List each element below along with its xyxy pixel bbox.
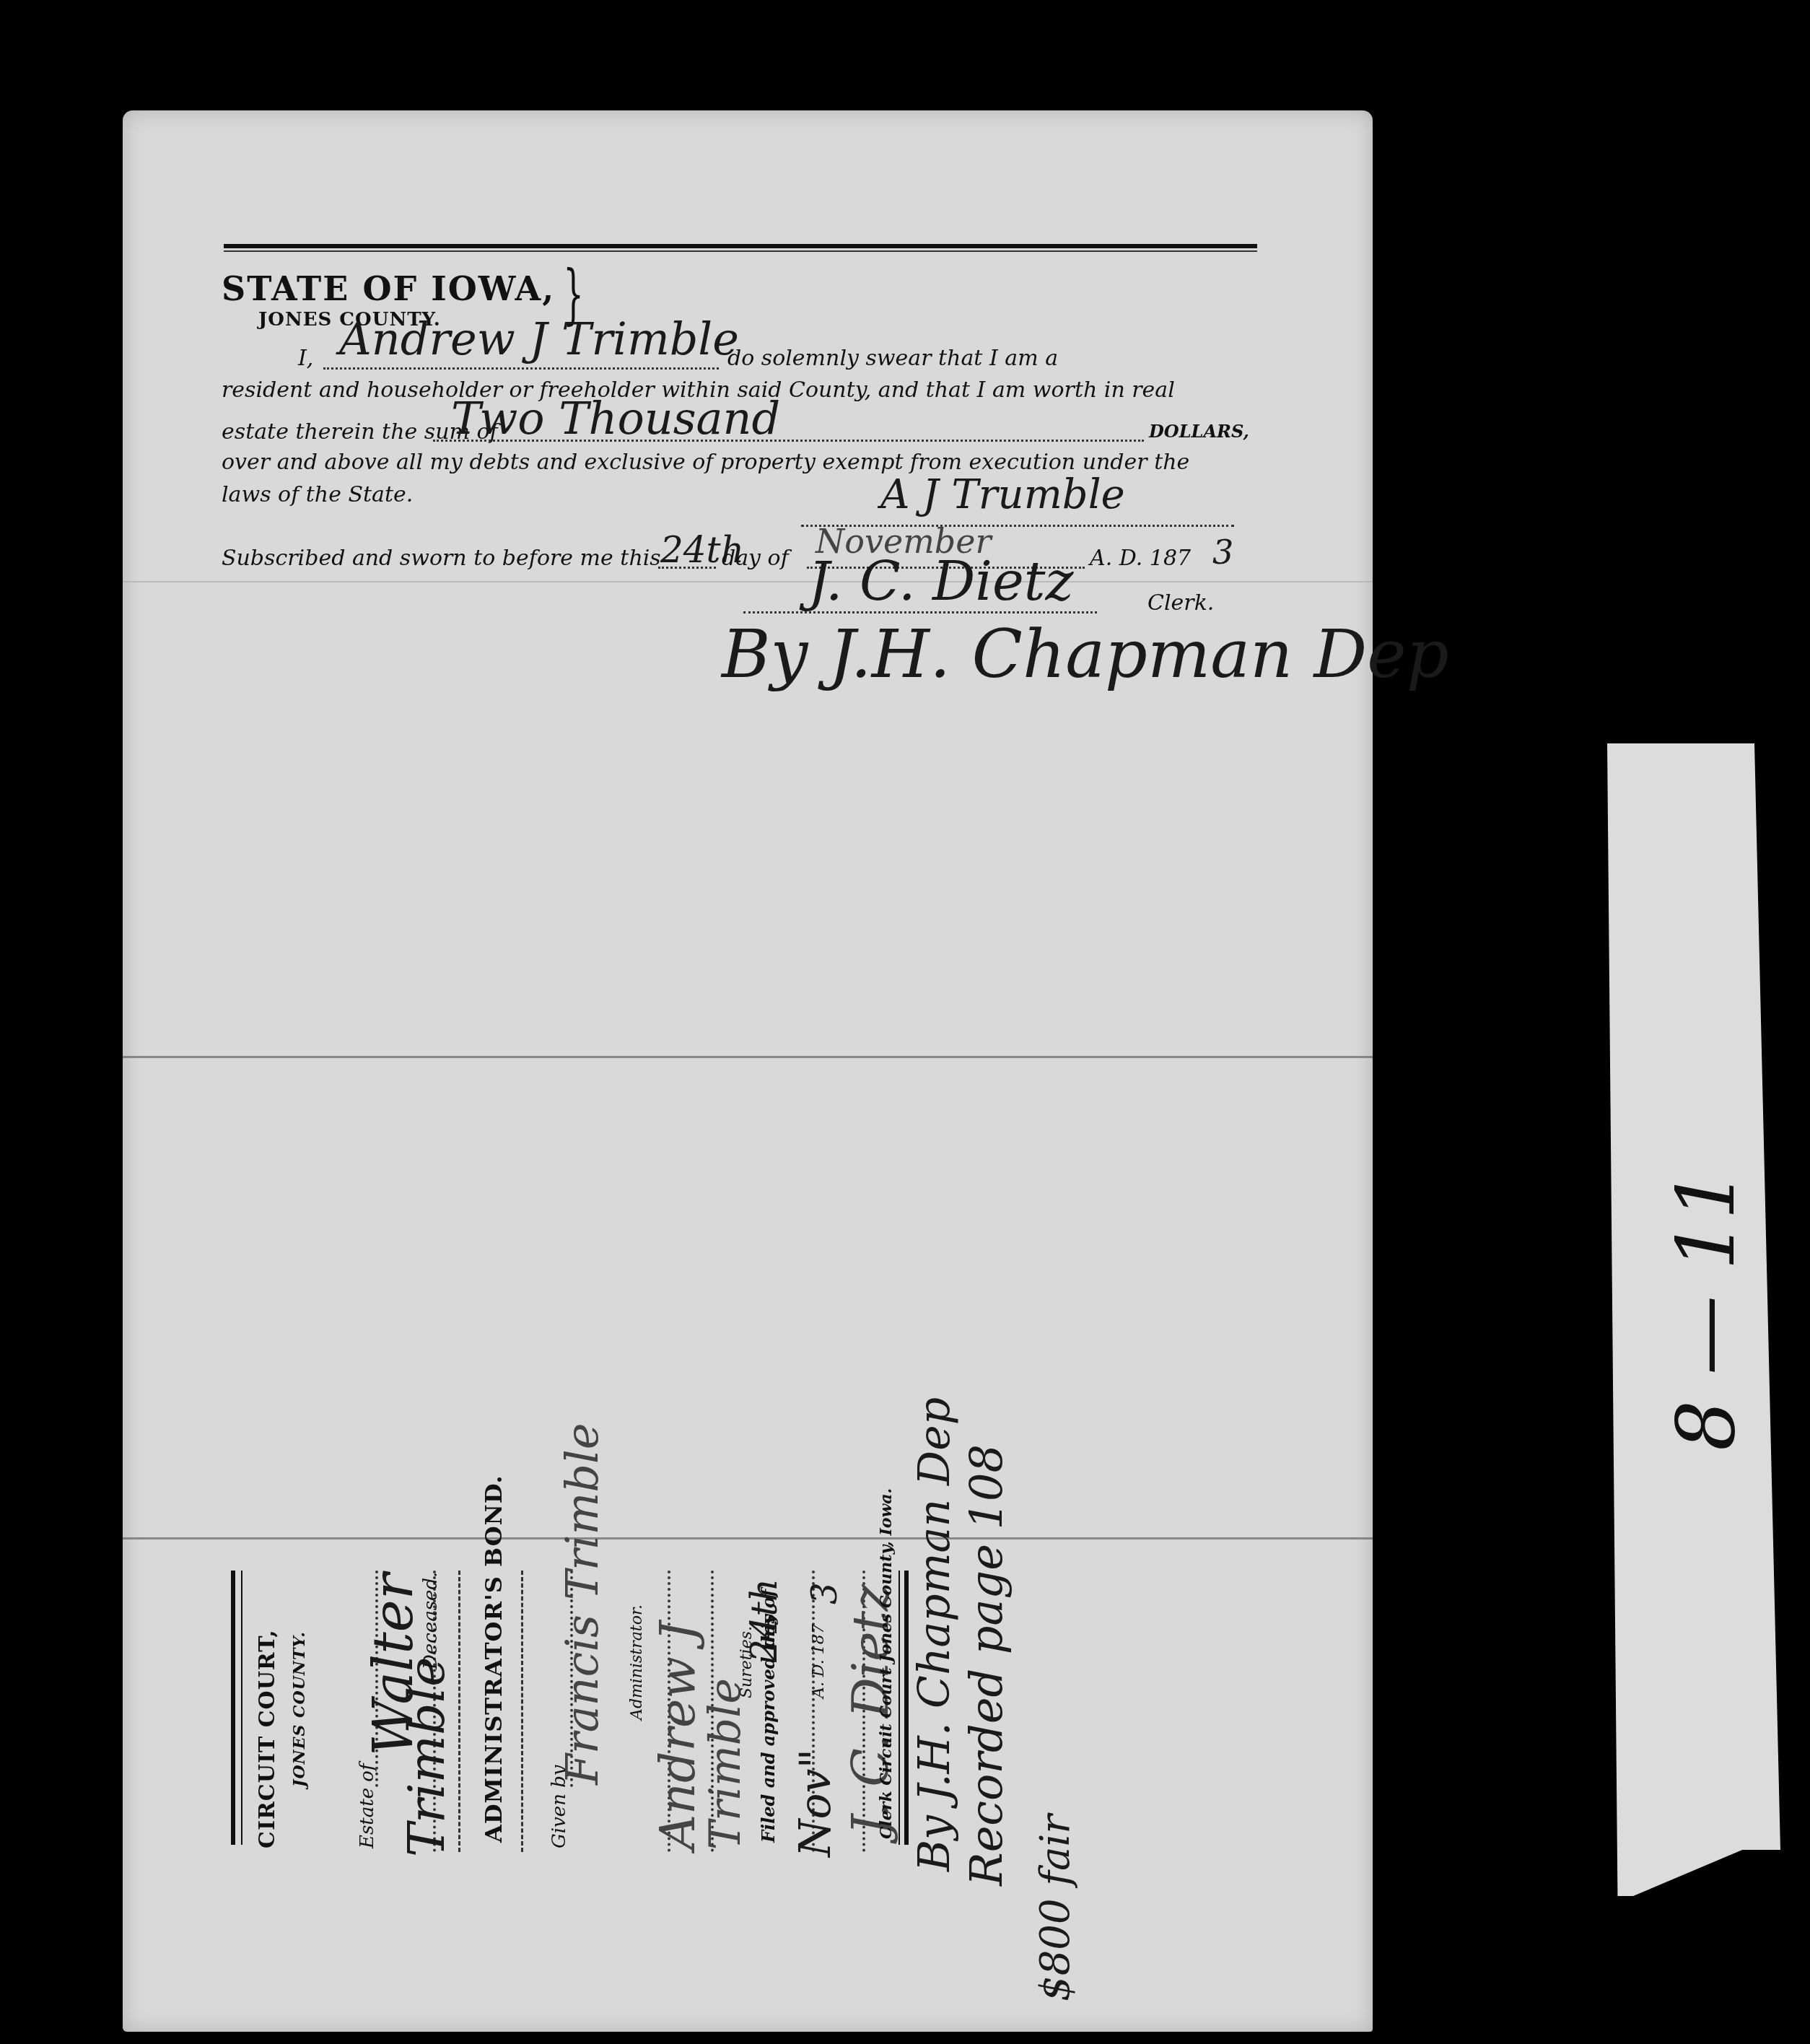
deputy-signature: By J.H. Chapman Dep bbox=[722, 616, 1449, 693]
tag-label: 8 — 11 bbox=[1660, 1169, 1752, 1451]
affiant-name: Andrew J Trimble bbox=[339, 313, 739, 365]
dollars-label: DOLLARS, bbox=[1149, 421, 1249, 442]
fold-line bbox=[123, 1056, 1373, 1058]
header-rule bbox=[224, 244, 1257, 248]
state-heading: STATE OF IOWA, bbox=[222, 269, 555, 308]
document-page: STATE OF IOWA, } JONES COUNTY. I, Andrew… bbox=[123, 110, 1373, 2032]
endorsement-rule-thin bbox=[899, 1571, 900, 1845]
filed-year: 3 bbox=[805, 1582, 845, 1604]
endorsement-deputy: By J.H. Chapman Dep bbox=[909, 1397, 960, 1872]
jurat-year-prefix: A. D. 187 bbox=[1090, 546, 1191, 571]
filed-month: Nov" bbox=[790, 1749, 841, 1857]
given-by-name: Francis Trimble bbox=[556, 1423, 608, 1785]
endorsement-rule-thick bbox=[904, 1571, 909, 1845]
affiant-signature: A J Trumble bbox=[880, 471, 1125, 518]
line1-suffix: do solemnly swear that I am a bbox=[727, 346, 1058, 371]
bond-title: ADMINISTRATOR'S BOND. bbox=[480, 1475, 507, 1843]
affiant-name-blank bbox=[323, 367, 719, 370]
clerk-signature: J. C. Dietz bbox=[808, 551, 1074, 613]
surety-1: Andrew J bbox=[650, 1622, 707, 1850]
jurat-day-of: day of bbox=[722, 546, 789, 571]
filed-year-prefix: A. D. 187 bbox=[810, 1624, 828, 1698]
endorsement-rule-thin bbox=[241, 1571, 242, 1845]
recorded-note: Recorded page 108 bbox=[960, 1444, 1013, 1886]
line1-prefix: I, bbox=[298, 346, 313, 371]
amount-note: $800 fair bbox=[1032, 1814, 1079, 2001]
administrator-label: Administrator. bbox=[628, 1604, 646, 1720]
wavy-rule bbox=[521, 1571, 523, 1852]
endorsement-county: JONES COUNTY. bbox=[290, 1631, 309, 1787]
jurat-year: 3 bbox=[1212, 533, 1233, 572]
endorsement-rule-thick bbox=[231, 1571, 235, 1845]
amount-written: Two Thousand bbox=[451, 392, 780, 445]
filed-day-of: day of bbox=[758, 1589, 779, 1648]
deceased-label: Deceased. bbox=[420, 1572, 442, 1669]
jurat-prefix: Subscribed and sworn to before me this bbox=[222, 546, 661, 571]
estate-name-2: Trimble bbox=[397, 1656, 456, 1857]
header-rule-thin bbox=[224, 250, 1257, 252]
surety-2: Trimble bbox=[700, 1678, 751, 1850]
clerk-label: Clerk. bbox=[1147, 590, 1214, 616]
wavy-rule bbox=[458, 1571, 460, 1852]
fold-line bbox=[123, 1537, 1373, 1539]
court-heading: CIRCUIT COURT, bbox=[255, 1629, 280, 1848]
fold-line bbox=[123, 581, 1373, 582]
endorsement-clerk-title: Clerk Circuit Court Jones County, Iowa. bbox=[877, 1488, 896, 1839]
affidavit-line5: laws of the State. bbox=[222, 482, 413, 507]
